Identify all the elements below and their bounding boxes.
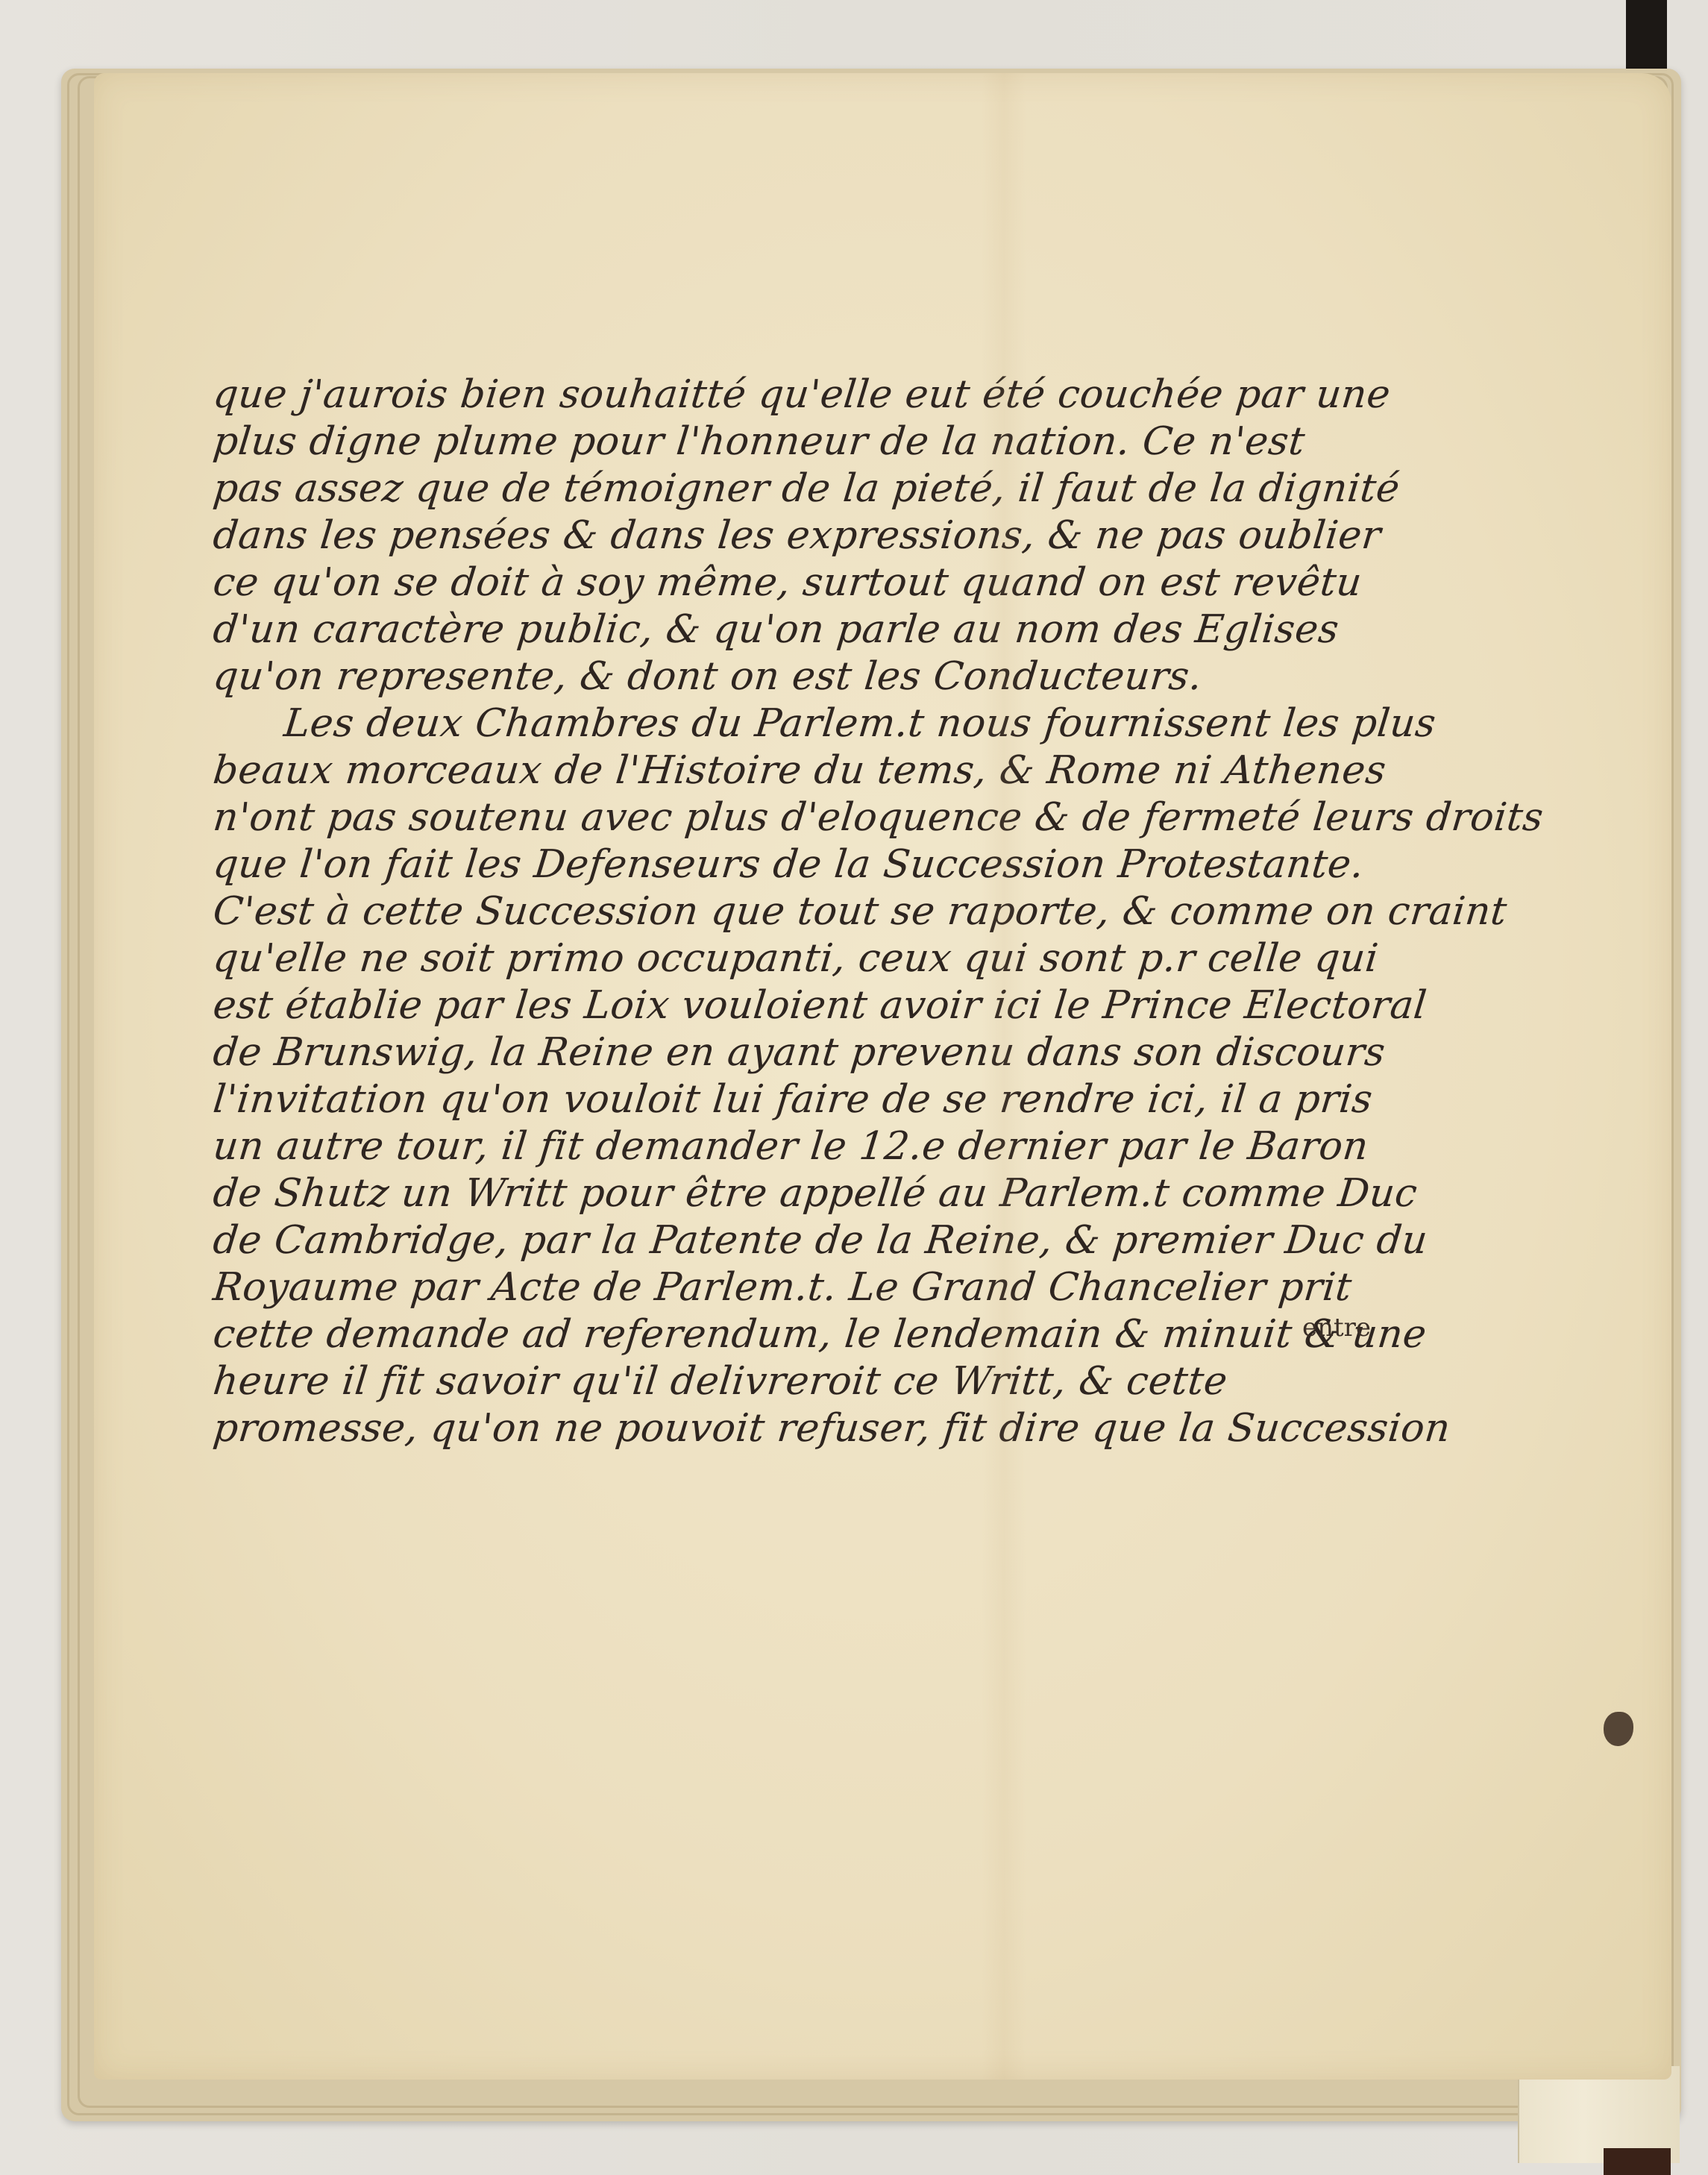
text-line-15: de Brunswig, la Reine en ayant prevenu d… <box>211 1029 1648 1076</box>
text-line-5: ce qu'on se doit à soy même, surtout qua… <box>211 559 1648 606</box>
text-line-8-paragraph-start: Les deux Chambres du Parlem.t nous fourn… <box>211 700 1648 747</box>
text-line-18: de Shutz un Writt pour être appellé au P… <box>211 1170 1648 1217</box>
text-line-17: un autre tour, il fit demander le 12.e d… <box>211 1123 1648 1170</box>
text-line-11: que l'on fait les Defenseurs de la Succe… <box>211 841 1648 888</box>
text-line-2: plus digne plume pour l'honneur de la na… <box>211 418 1648 465</box>
manuscript-page: que j'aurois bien souhaitté qu'elle eut … <box>94 73 1671 2080</box>
text-line-3: pas assez que de témoigner de la pieté, … <box>211 465 1648 512</box>
text-line-20: Royaume par Acte de Parlem.t. Le Grand C… <box>211 1264 1648 1311</box>
interlinear-insertion: entre <box>1302 1315 1371 1340</box>
text-line-22: heure il fit savoir qu'il delivreroit ce… <box>211 1358 1648 1405</box>
text-line-12: C'est à cette Succession que tout se rap… <box>211 888 1648 935</box>
text-line-16: l'invitation qu'on vouloit lui faire de … <box>211 1076 1648 1123</box>
text-line-4: dans les pensées & dans les expressions,… <box>211 512 1648 559</box>
handwritten-text-block: que j'aurois bien souhaitté qu'elle eut … <box>213 371 1645 1452</box>
text-line-1: que j'aurois bien souhaitté qu'elle eut … <box>211 371 1648 418</box>
text-line-14: est établie par les Loix vouloient avoir… <box>211 982 1648 1029</box>
text-line-9: beaux morceaux de l'Histoire du tems, & … <box>211 747 1648 794</box>
binding-strap-bottom <box>1604 2148 1671 2175</box>
text-line-13: qu'elle ne soit primo occupanti, ceux qu… <box>211 935 1648 982</box>
text-line-6: d'un caractère public, & qu'on parle au … <box>211 606 1648 653</box>
text-line-19: de Cambridge, par la Patente de la Reine… <box>211 1217 1648 1264</box>
text-line-21: cette demande ad referendum, le lendemai… <box>211 1311 1648 1358</box>
text-line-7: qu'on represente, & dont on est les Cond… <box>211 653 1648 700</box>
text-line-23: promesse, qu'on ne pouvoit refuser, fit … <box>211 1405 1648 1452</box>
text-line-10: n'ont pas soutenu avec plus d'eloquence … <box>211 794 1648 841</box>
